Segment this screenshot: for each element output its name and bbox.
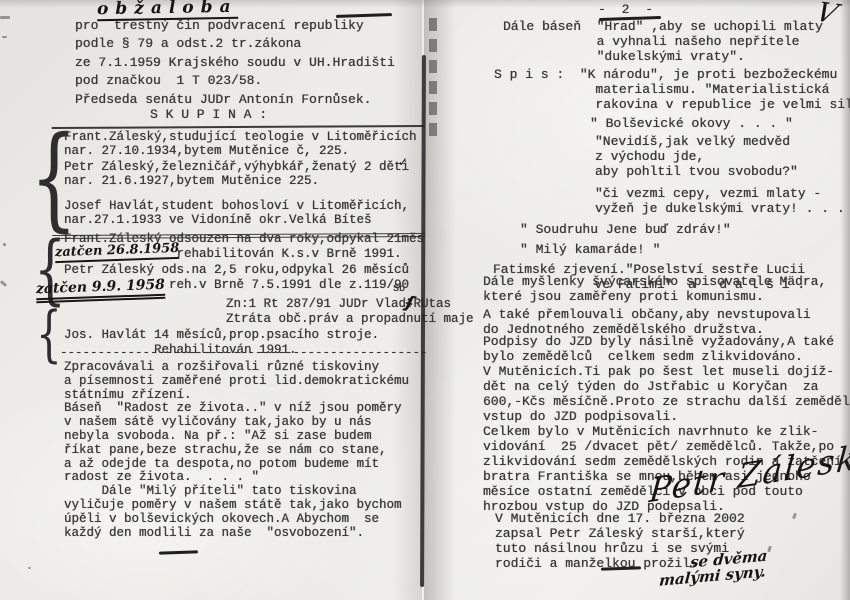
poem-hrad: Dále báseň "Hrad" ,aby se uchopili mlaty… bbox=[503, 19, 823, 64]
quote-medved: "Nevidíš,jak velký medvěd z východu jde,… bbox=[595, 134, 798, 179]
group-member-3: Josef Havlát,student bohosloví v Litoměř… bbox=[64, 200, 409, 227]
page-edge-shadow bbox=[392, 0, 422, 600]
dashed-divider: ----------------------------------------… bbox=[60, 346, 428, 360]
scanned-document: obžaloba pro trestný čin podvracení repu… bbox=[0, 0, 850, 600]
jzd-intro: A také přemlouvali občany,aby nevstupova… bbox=[483, 307, 811, 337]
page-fold-shadow bbox=[424, 0, 456, 600]
handwritten-arrest-date-2: zatčen 9.9. 1958 bbox=[36, 277, 166, 303]
indictment-header: pro trestný čin podvracení republiky pod… bbox=[75, 17, 395, 109]
scan-artifact bbox=[28, 567, 31, 569]
quote-cepy: "či vezmi cepy, vezmi mlaty - vyžeň je d… bbox=[595, 186, 850, 216]
group-heading: S K U P I N A : bbox=[150, 107, 267, 122]
body-paragraphs: Zpracovávali a rozšiřovali různé tiskovi… bbox=[64, 361, 409, 540]
scan-artifact bbox=[767, 546, 772, 553]
scan-artifact bbox=[792, 513, 797, 520]
page-edge-shadow bbox=[0, 0, 850, 8]
handwritten-mark bbox=[159, 550, 198, 554]
scan-artifact bbox=[3, 243, 6, 246]
group-member-1: Frant.Záleský,studující teologie v Litom… bbox=[64, 131, 417, 158]
scan-artifact bbox=[0, 280, 7, 287]
madr-section: Dále myšlenky švýcarského spisovatele Mä… bbox=[483, 274, 826, 304]
quote-okovy: " Bolševické okovy . . . " bbox=[590, 116, 793, 131]
spis-section: S p i s : "K národu", je proti bezbožeck… bbox=[494, 67, 850, 112]
page-edge-shadow bbox=[840, 0, 850, 600]
group-member-2: Petr Záleský,železničář,výhybkář,ženatý … bbox=[64, 161, 409, 188]
left-brace-icon: { bbox=[36, 303, 62, 364]
scan-artifact bbox=[0, 16, 10, 19]
quote-soudruhu: " Soudruhu Jene buď zdráv!" bbox=[520, 222, 731, 237]
scan-artifact bbox=[2, 36, 7, 38]
